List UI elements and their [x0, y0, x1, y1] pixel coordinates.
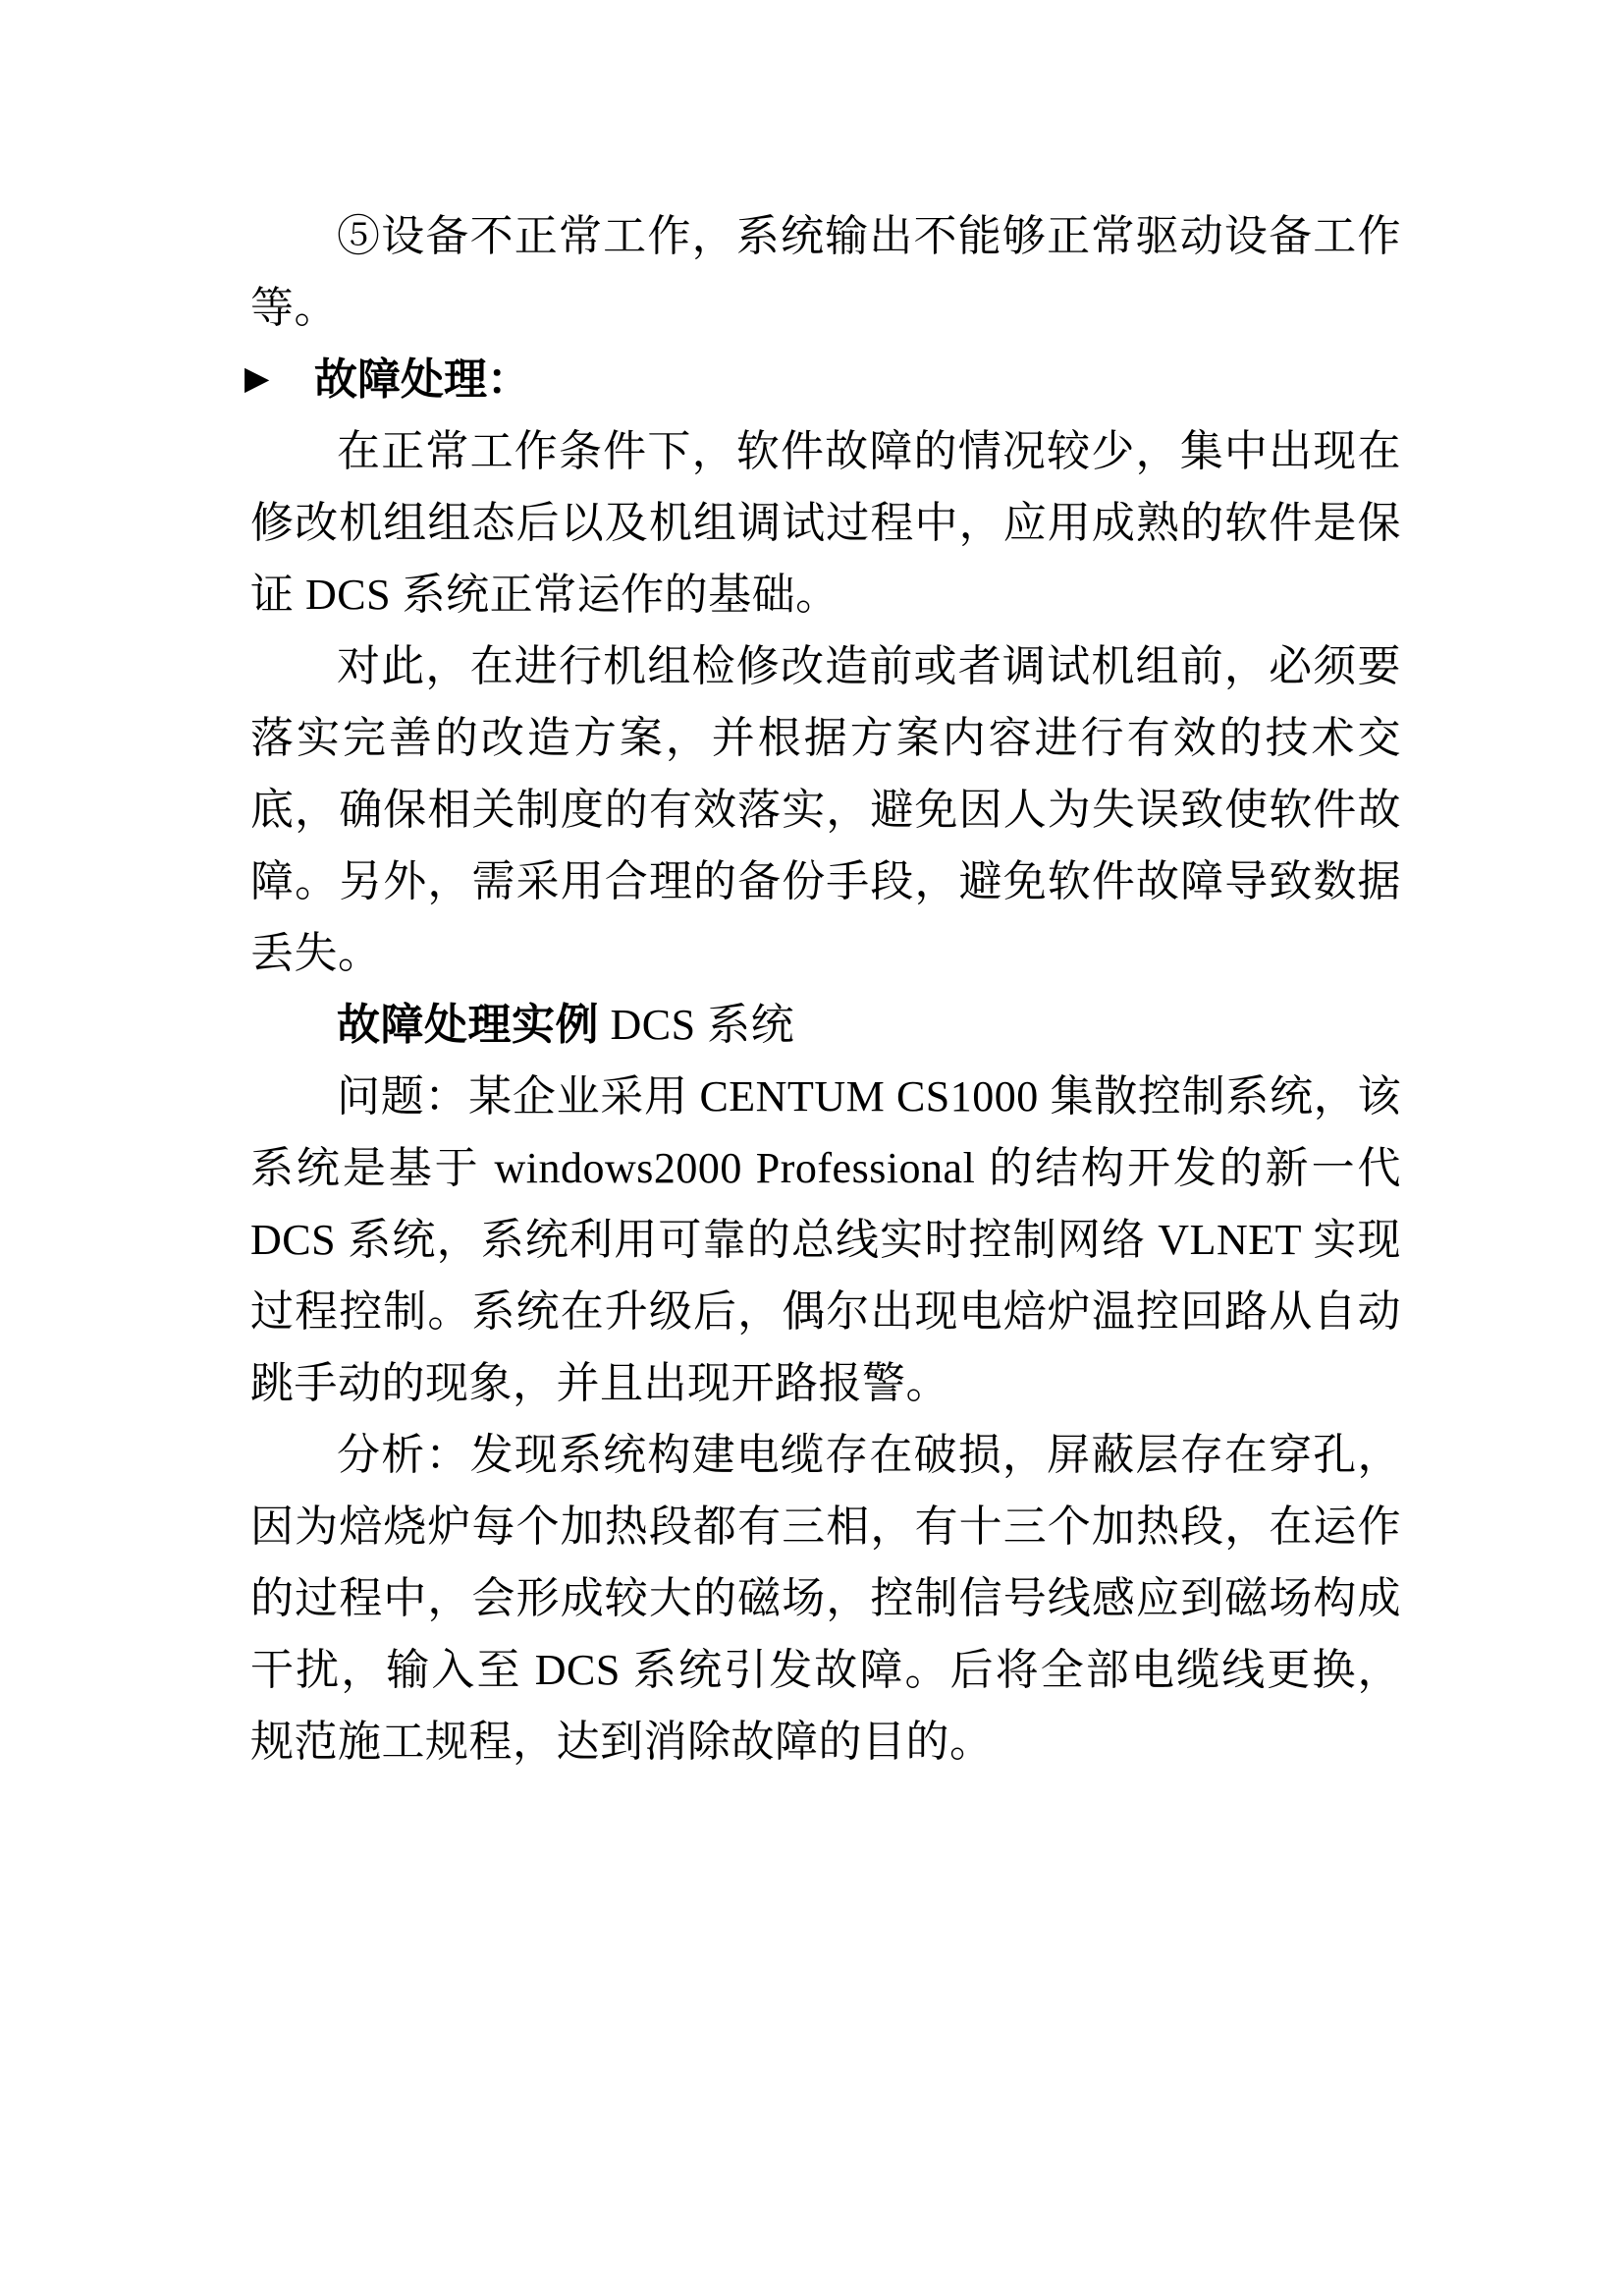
- document-page: ⑤设备不正常工作，系统输出不能够正常驱动设备工作等。 ▶ 故障处理： 在正常工作…: [0, 0, 1623, 2296]
- fault-handling-heading: ▶ 故障处理：: [250, 344, 1401, 415]
- example-heading: 故障处理实例 DCS 系统: [250, 989, 1401, 1061]
- fault-handling-heading-label: 故障处理：: [314, 355, 530, 404]
- example-heading-regular-label: DCS 系统: [599, 1001, 794, 1049]
- triangle-bullet-icon: ▶: [244, 344, 269, 415]
- paragraph-device-fault: ⑤设备不正常工作，系统输出不能够正常驱动设备工作等。: [250, 200, 1401, 344]
- paragraph-analysis: 分析：发现系统构建电缆存在破损，屏蔽层存在穿孔，因为焙烧炉每个加热段都有三相，有…: [250, 1419, 1401, 1777]
- text-content: ⑤设备不正常工作，系统输出不能够正常驱动设备工作等。 ▶ 故障处理： 在正常工作…: [250, 200, 1401, 1777]
- paragraph-problem: 问题：某企业采用 CENTUM CS1000 集散控制系统，该系统是基于 win…: [250, 1061, 1401, 1419]
- paragraph-countermeasures: 对此，在进行机组检修改造前或者调试机组前，必须要落实完善的改造方案，并根据方案内…: [250, 630, 1401, 989]
- example-heading-bold-label: 故障处理实例: [337, 1001, 599, 1049]
- paragraph-normal-conditions: 在正常工作条件下，软件故障的情况较少，集中出现在修改机组组态后以及机组调试过程中…: [250, 415, 1401, 630]
